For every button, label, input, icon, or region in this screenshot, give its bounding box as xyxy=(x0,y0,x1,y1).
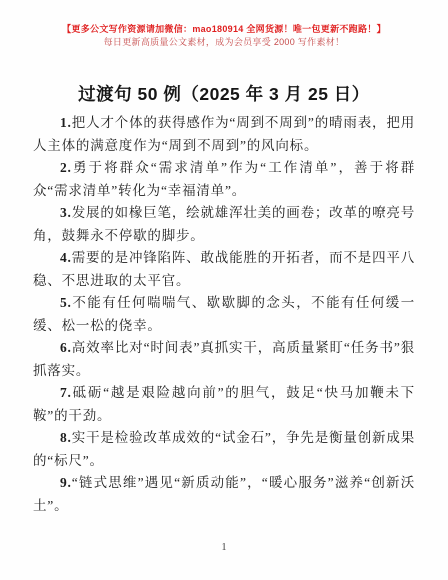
paragraph-text: 不能有任何喘喘气、歇歇脚的念头，不能有任何缓一缓、松一松的侥幸。 xyxy=(33,295,415,333)
paragraph-number: 5. xyxy=(60,295,72,310)
paragraph-text: 砥砺“越是艰险越向前”的胆气，鼓足“快马加鞭未下鞍”的干劲。 xyxy=(33,385,415,423)
paragraph-number: 8. xyxy=(60,430,72,445)
body-paragraph: 2.勇于将群众“需求清单”作为“工作清单”，善于将群众“需求清单”转化为“幸福清… xyxy=(33,157,415,202)
paragraph-number: 1. xyxy=(60,115,72,130)
page-number: 1 xyxy=(0,542,448,553)
paragraph-text: 实干是检验改革成效的“试金石”，争先是衡量创新成果的“标尺”。 xyxy=(33,430,415,468)
paragraph-number: 4. xyxy=(60,250,72,265)
paragraph-text: 需要的是冲锋陷阵、敢战能胜的开拓者，而不是四平八稳、不思进取的太平官。 xyxy=(33,250,415,288)
paragraph-text: 高效率比对“时间表”真抓实干，高质量紧盯“任务书”狠抓落实。 xyxy=(33,340,415,378)
body-paragraph: 8.实干是检验改革成效的“试金石”，争先是衡量创新成果的“标尺”。 xyxy=(33,427,415,472)
paragraph-text: 发展的如椽巨笔，绘就雄浑壮美的画卷；改革的嘹亮号角，鼓舞永不停歇的脚步。 xyxy=(33,205,415,243)
paragraph-number: 7. xyxy=(60,385,72,400)
document-body: 1.把人才个体的获得感作为“周到不周到”的晴雨表，把用人主体的满意度作为“周到不… xyxy=(33,112,415,517)
body-paragraph: 7.砥砺“越是艰险越向前”的胆气，鼓足“快马加鞭未下鞍”的干劲。 xyxy=(33,382,415,427)
body-paragraph: 3.发展的如椽巨笔，绘就雄浑壮美的画卷；改革的嘹亮号角，鼓舞永不停歇的脚步。 xyxy=(33,202,415,247)
paragraph-number: 9. xyxy=(60,475,72,490)
body-paragraph: 5.不能有任何喘喘气、歇歇脚的念头，不能有任何缓一缓、松一松的侥幸。 xyxy=(33,292,415,337)
paragraph-text: “链式思维”遇见“新质动能”，“暖心服务”滋养“创新沃土”。 xyxy=(33,475,415,513)
document-page: 【更多公文写作资源请加微信：mao180914 全网货源！唯一包更新不跑路！】 … xyxy=(0,0,448,580)
paragraph-number: 3. xyxy=(60,205,72,220)
watermark-line-1: 【更多公文写作资源请加微信：mao180914 全网货源！唯一包更新不跑路！】 xyxy=(0,22,448,36)
watermark-header: 【更多公文写作资源请加微信：mao180914 全网货源！唯一包更新不跑路！】 … xyxy=(0,22,448,49)
body-paragraph: 6.高效率比对“时间表”真抓实干，高质量紧盯“任务书”狠抓落实。 xyxy=(33,337,415,382)
page-title: 过渡句 50 例（2025 年 3 月 25 日） xyxy=(0,81,448,106)
paragraph-text: 把人才个体的获得感作为“周到不周到”的晴雨表，把用人主体的满意度作为“周到不周到… xyxy=(33,115,415,153)
watermark-line-2: 每日更新高质量公文素材，成为会员享受 2000 写作素材！ xyxy=(0,36,448,49)
paragraph-text: 勇于将群众“需求清单”作为“工作清单”，善于将群众“需求清单”转化为“幸福清单”… xyxy=(33,160,415,198)
paragraph-number: 2. xyxy=(60,160,72,175)
body-paragraph: 4.需要的是冲锋陷阵、敢战能胜的开拓者，而不是四平八稳、不思进取的太平官。 xyxy=(33,247,415,292)
paragraph-number: 6. xyxy=(60,340,72,355)
body-paragraph: 1.把人才个体的获得感作为“周到不周到”的晴雨表，把用人主体的满意度作为“周到不… xyxy=(33,112,415,157)
body-paragraph: 9.“链式思维”遇见“新质动能”，“暖心服务”滋养“创新沃土”。 xyxy=(33,472,415,517)
